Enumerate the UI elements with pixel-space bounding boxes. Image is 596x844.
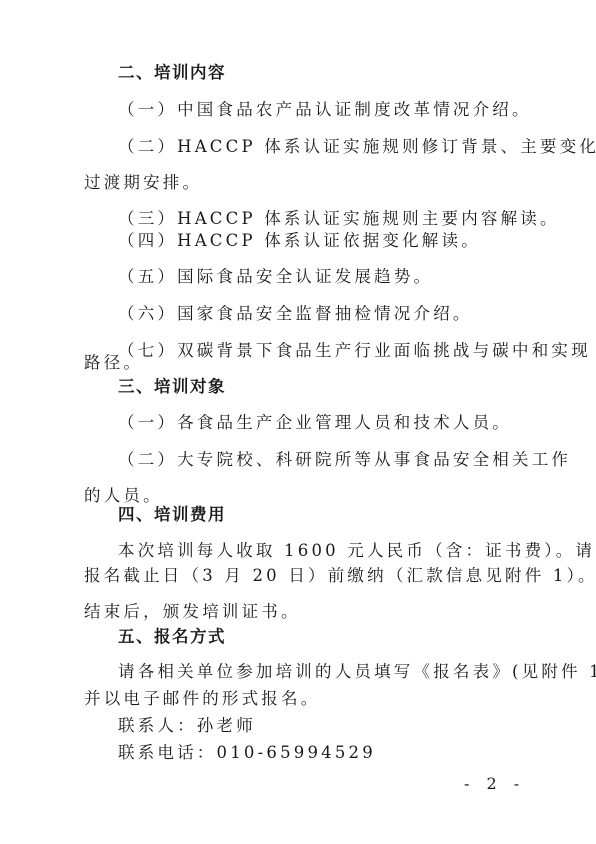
section-heading-training-target: 三、培训对象: [118, 376, 226, 398]
section-heading-training-content: 二、培训内容: [118, 62, 226, 84]
page-number: - 2 -: [464, 774, 525, 793]
list-item: （四）HACCP 体系认证依据变化解读。: [118, 230, 481, 252]
contact-person: 联系人：孙老师: [118, 715, 256, 737]
contact-phone: 联系电话：010-65994529: [118, 742, 376, 764]
list-item: （一）中国食品农产品认证制度改革情况介绍。: [118, 99, 532, 121]
document-page: 二、培训内容 （一）中国食品农产品认证制度改革情况介绍。 （二）HACCP 体系…: [0, 0, 596, 844]
list-item: （三）HACCP 体系认证实施规则主要内容解读。: [118, 208, 560, 230]
paragraph-line: 结束后，颁发培训证书。: [84, 601, 301, 623]
list-item: （七）双碳背景下食品生产行业面临挑战与碳中和实现: [118, 340, 591, 362]
list-item-continuation: 过渡期安排。: [84, 172, 202, 194]
list-item: （二）HACCP 体系认证实施规则修订背景、主要变化及: [118, 136, 596, 158]
list-item: （六）国家食品安全监督抽检情况介绍。: [118, 303, 473, 325]
paragraph-line: 报名截止日（3 月 20 日）前缴纳（汇款信息见附件 1）。培训: [84, 565, 596, 587]
paragraph-line: 本次培训每人收取 1600 元人民币（含：证书费）。请于: [118, 540, 596, 562]
list-item: （一）各食品生产企业管理人员和技术人员。: [118, 412, 512, 434]
list-item-continuation: 路径。: [84, 352, 143, 374]
list-item: （五）国际食品安全认证发展趋势。: [118, 266, 433, 288]
list-item: （二）大专院校、科研院所等从事食品安全相关工作: [118, 449, 571, 471]
paragraph-line: 并以电子邮件的形式报名。: [84, 688, 320, 710]
section-heading-registration: 五、报名方式: [118, 626, 226, 648]
paragraph-line: 请各相关单位参加培训的人员填写《报名表》(见附件 1)，: [118, 661, 596, 683]
section-heading-training-fee: 四、培训费用: [118, 504, 226, 526]
